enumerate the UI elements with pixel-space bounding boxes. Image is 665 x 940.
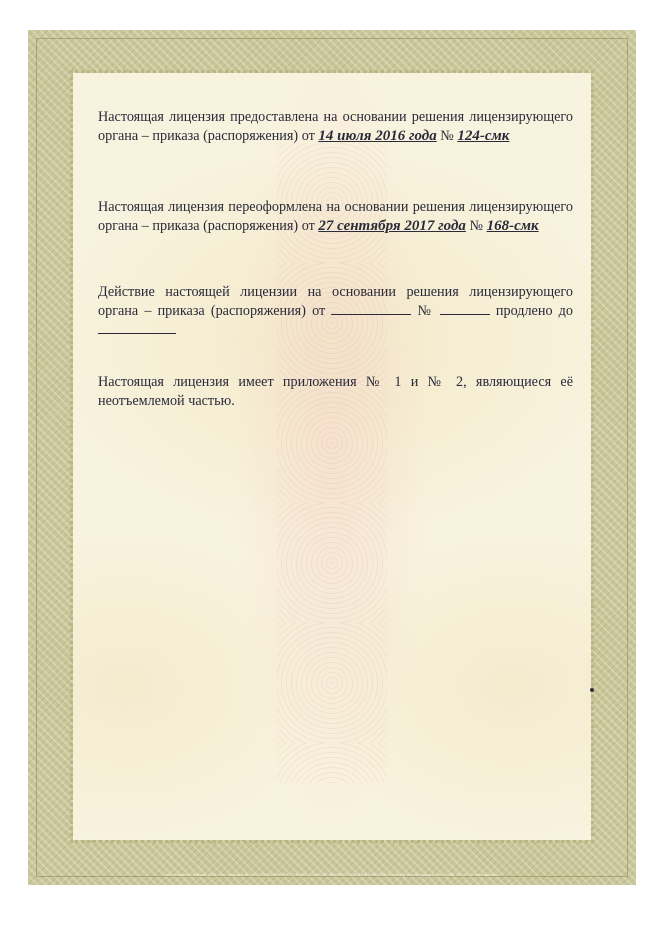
extended-until-date-blank [98, 321, 176, 334]
extended-order-number-blank [440, 302, 490, 315]
inner-field [73, 73, 591, 840]
guilloche-rosette-column [277, 143, 387, 783]
extended-order-date-blank [331, 302, 411, 315]
paragraph-reissued: Настоящая лицензия переоформлена на осно… [98, 198, 573, 236]
reissued-number: 168-смк [487, 218, 539, 234]
paragraph-granted: Настоящая лицензия предоставлена на осно… [98, 108, 573, 146]
reissued-number-sign: № [469, 218, 483, 234]
paragraph-appendices: Настоящая лицензия имеет приложения № 1 … [98, 373, 573, 411]
granted-number-sign: № [440, 128, 454, 144]
scan-speck [590, 688, 594, 692]
extended-number-sign: № [417, 303, 433, 319]
extended-until-text: продлено до [496, 303, 573, 319]
printer-footer: ЗАО «Опцион», Москва, 2015, «Б», лицензи… [28, 873, 636, 877]
reissued-date: 27 сентября 2017 года [318, 218, 466, 234]
granted-number: 124-смк [457, 128, 509, 144]
granted-date: 14 июля 2016 года [318, 128, 436, 144]
license-sheet: ЗАО «Опцион», Москва, 2015, «Б», лицензи… [28, 30, 636, 885]
paragraph-extended: Действие настоящей лицензии на основании… [98, 283, 573, 340]
